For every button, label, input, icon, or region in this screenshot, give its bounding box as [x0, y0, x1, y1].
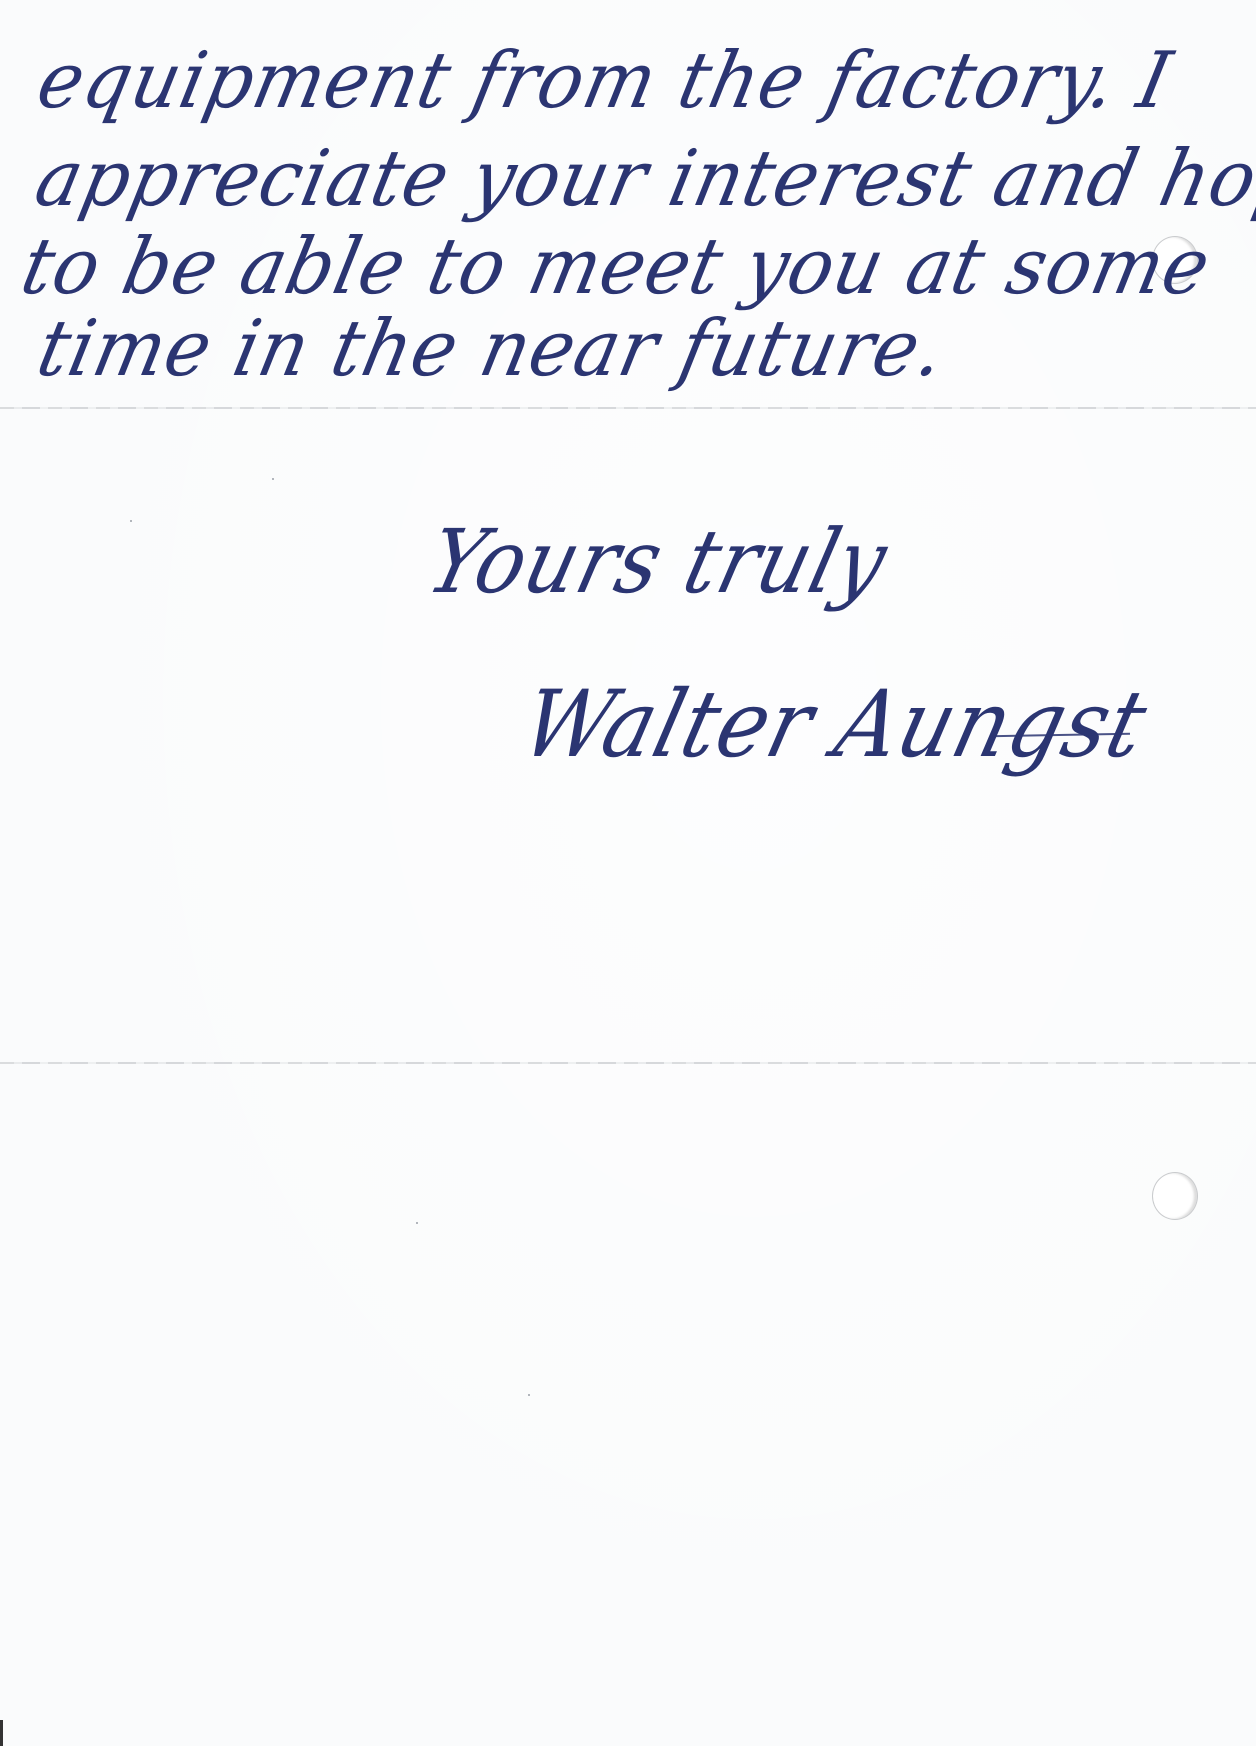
- scan-edge-mark: [0, 1720, 3, 1746]
- fold-line-top: [0, 407, 1256, 409]
- letter-page: equipment from the factory. I appreciate…: [0, 0, 1256, 1746]
- paper-speck: [272, 478, 274, 480]
- paper-speck: [528, 1394, 530, 1396]
- paper-speck: [130, 520, 132, 522]
- letter-body-line-3: to be able to meet you at some: [14, 222, 1218, 312]
- fold-line-bottom: [0, 1062, 1256, 1064]
- letter-body-line-1: equipment from the factory. I: [30, 36, 1180, 126]
- paper-speck: [416, 1222, 418, 1224]
- signature: Walter Aungst: [512, 670, 1158, 778]
- punch-hole-bottom: [1152, 1172, 1198, 1220]
- letter-body-line-2: appreciate your interest and hope: [28, 134, 1256, 224]
- letter-body-line-4: time in the near future.: [30, 304, 953, 394]
- letter-closing: Yours truly: [418, 511, 897, 613]
